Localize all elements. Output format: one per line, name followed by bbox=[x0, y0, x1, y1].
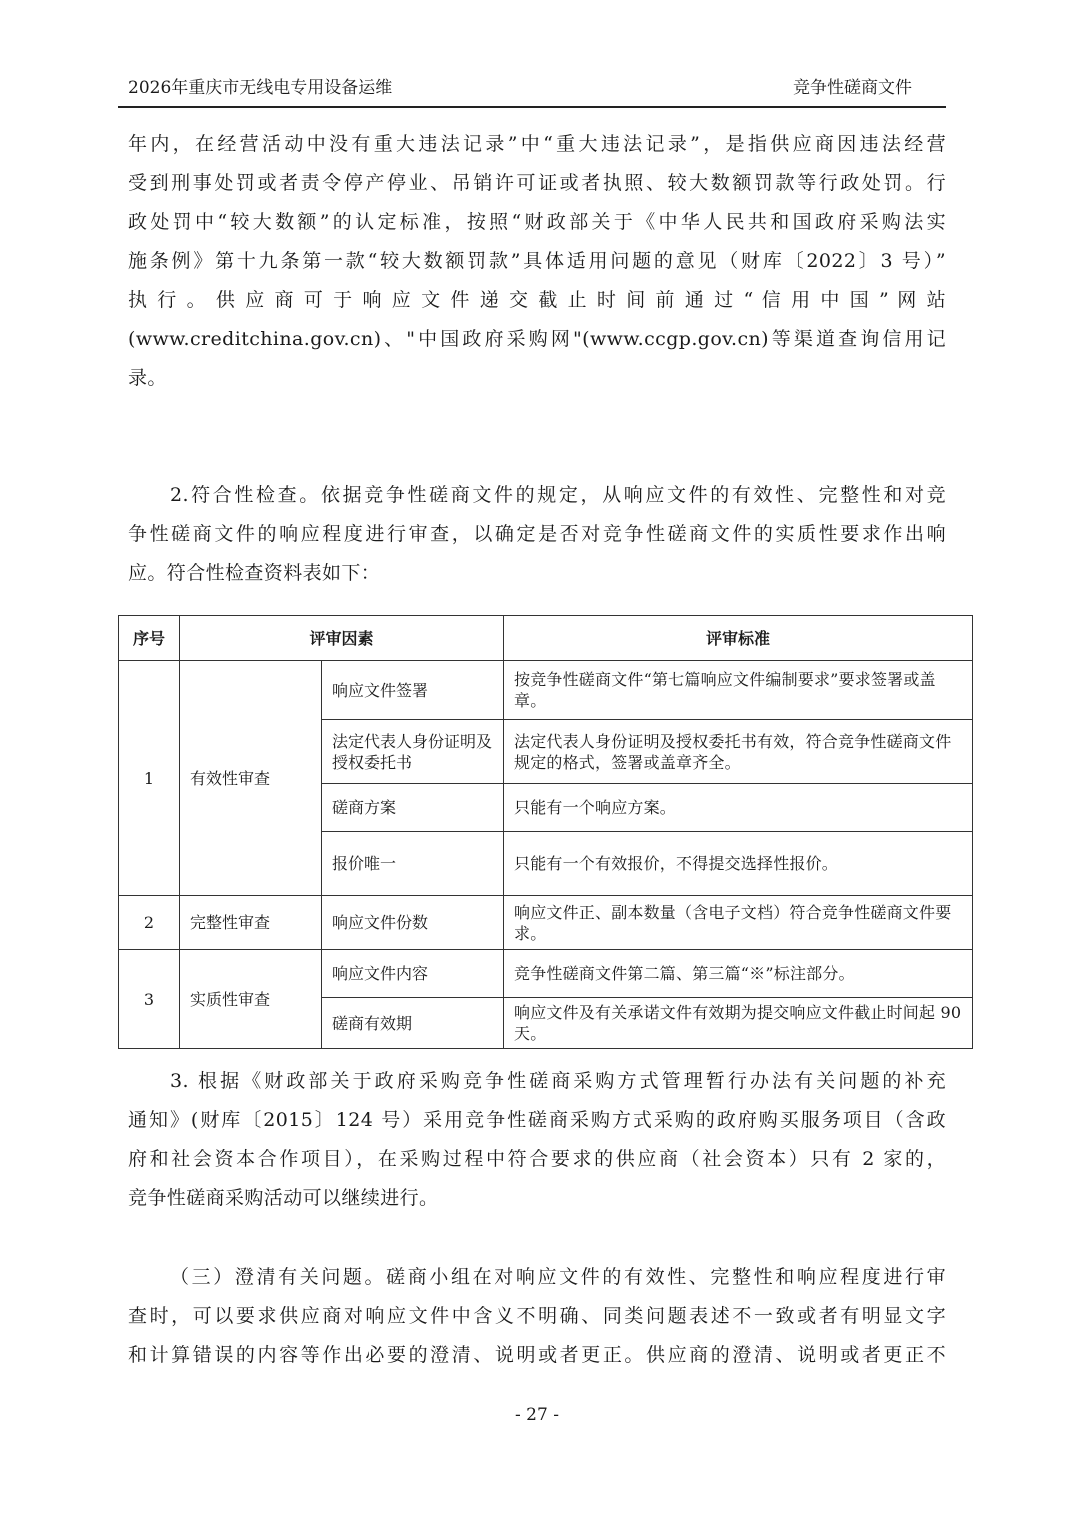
text-line: 2.符合性检查。依据竞争性磋商文件的规定，从响应文件的有效性、完整性和对竞 bbox=[128, 476, 946, 515]
cell-seq: 1 bbox=[119, 661, 180, 896]
cell-standard: 只能有一个响应方案。 bbox=[504, 784, 973, 832]
text-line: 府和社会资本合作项目），在采购过程中符合要求的供应商（社会资本）只有 2 家的， bbox=[128, 1140, 946, 1179]
cell-seq: 3 bbox=[119, 950, 180, 1049]
text-line: 受到刑事处罚或者责令停产停业、吊销许可证或者执照、较大数额罚款等行政处罚。行 bbox=[128, 164, 946, 203]
paragraph-supplementary-notice: 3. 根据《财政部关于政府采购竞争性磋商采购方式管理暂行办法有关问题的补充 通知… bbox=[128, 1062, 946, 1218]
cell-item: 响应文件份数 bbox=[322, 896, 504, 950]
text-line: 竞争性磋商采购活动可以继续进行。 bbox=[128, 1179, 946, 1218]
text-line: （三）澄清有关问题。磋商小组在对响应文件的有效性、完整性和响应程度进行审 bbox=[128, 1258, 946, 1297]
cell-item: 磋商方案 bbox=[322, 784, 504, 832]
cell-factor: 有效性审查 bbox=[180, 661, 322, 896]
cell-standard: 响应文件正、副本数量（含电子文档）符合竞争性磋商文件要求。 bbox=[504, 896, 973, 950]
text-line: 政处罚中“较大数额”的认定标准，按照“财政部关于《中华人民共和国政府采购法实 bbox=[128, 203, 946, 242]
text-line: 年内，在经营活动中没有重大违法记录”中“重大违法记录”，是指供应商因违法经营 bbox=[128, 125, 946, 164]
page-header: 2026年重庆市无线电专用设备运维 竞争性磋商文件 bbox=[118, 74, 946, 108]
text-line: 通知》(财库〔2015〕124 号）采用竞争性磋商采购方式采购的政府购买服务项目… bbox=[128, 1101, 946, 1140]
text-line: 查时，可以要求供应商对响应文件中含义不明确、同类问题表述不一致或者有明显文字 bbox=[128, 1297, 946, 1336]
text-line: (www.creditchina.gov.cn)、"中国政府采购网"(www.c… bbox=[128, 320, 946, 359]
table-row: 2 完整性审查 响应文件份数 响应文件正、副本数量（含电子文档）符合竞争性磋商文… bbox=[119, 896, 973, 950]
cell-factor: 完整性审查 bbox=[180, 896, 322, 950]
text-line: 3. 根据《财政部关于政府采购竞争性磋商采购方式管理暂行办法有关问题的补充 bbox=[128, 1062, 946, 1101]
paragraph-clarification: （三）澄清有关问题。磋商小组在对响应文件的有效性、完整性和响应程度进行审 查时，… bbox=[128, 1258, 946, 1375]
cell-item: 响应文件内容 bbox=[322, 950, 504, 998]
table-row: 1 有效性审查 响应文件签署 按竞争性磋商文件“第七篇响应文件编制要求”要求签署… bbox=[119, 661, 973, 720]
header-document-type: 竞争性磋商文件 bbox=[793, 74, 912, 102]
table-header-row: 序号 评审因素 评审标准 bbox=[119, 616, 973, 661]
paragraph-compliance-check: 2.符合性检查。依据竞争性磋商文件的规定，从响应文件的有效性、完整性和对竞 争性… bbox=[128, 476, 946, 593]
cell-item: 响应文件签署 bbox=[322, 661, 504, 720]
text-line: 和计算错误的内容等作出必要的澄清、说明或者更正。供应商的澄清、说明或者更正不 bbox=[128, 1336, 946, 1375]
page-number: - 27 - bbox=[0, 1405, 1074, 1425]
header-seq: 序号 bbox=[119, 616, 180, 661]
header-review-factor: 评审因素 bbox=[180, 616, 504, 661]
text-line: 执 行 。 供 应 商 可 于 响 应 文 件 递 交 截 止 时 间 前 通 … bbox=[128, 281, 946, 320]
header-review-standard: 评审标准 bbox=[504, 616, 973, 661]
cell-item: 法定代表人身份证明及授权委托书 bbox=[322, 720, 504, 784]
header-project-title: 2026年重庆市无线电专用设备运维 bbox=[128, 74, 392, 102]
cell-factor: 实质性审查 bbox=[180, 950, 322, 1049]
cell-item: 报价唯一 bbox=[322, 832, 504, 896]
cell-standard: 按竞争性磋商文件“第七篇响应文件编制要求”要求签署或盖章。 bbox=[504, 661, 973, 720]
cell-standard: 只能有一个有效报价，不得提交选择性报价。 bbox=[504, 832, 973, 896]
text-line: 施条例》第十九条第一款“较大数额罚款”具体适用问题的意见（财库〔2022〕3 号… bbox=[128, 242, 946, 281]
cell-standard: 法定代表人身份证明及授权委托书有效，符合竞争性磋商文件规定的格式，签署或盖章齐全… bbox=[504, 720, 973, 784]
table-row: 3 实质性审查 响应文件内容 竞争性磋商文件第二篇、第三篇“※”标注部分。 bbox=[119, 950, 973, 998]
cell-seq: 2 bbox=[119, 896, 180, 950]
text-line: 录。 bbox=[128, 359, 946, 398]
paragraph-violation-record: 年内，在经营活动中没有重大违法记录”中“重大违法记录”，是指供应商因违法经营 受… bbox=[128, 125, 946, 398]
text-line: 争性磋商文件的响应程度进行审查，以确定是否对竞争性磋商文件的实质性要求作出响 bbox=[128, 515, 946, 554]
cell-standard: 竞争性磋商文件第二篇、第三篇“※”标注部分。 bbox=[504, 950, 973, 998]
compliance-check-table: 序号 评审因素 评审标准 1 有效性审查 响应文件签署 按竞争性磋商文件“第七篇… bbox=[118, 615, 973, 1049]
cell-standard: 响应文件及有关承诺文件有效期为提交响应文件截止时间起 90 天。 bbox=[504, 998, 973, 1049]
text-line: 应。符合性检查资料表如下： bbox=[128, 554, 946, 593]
cell-item: 磋商有效期 bbox=[322, 998, 504, 1049]
